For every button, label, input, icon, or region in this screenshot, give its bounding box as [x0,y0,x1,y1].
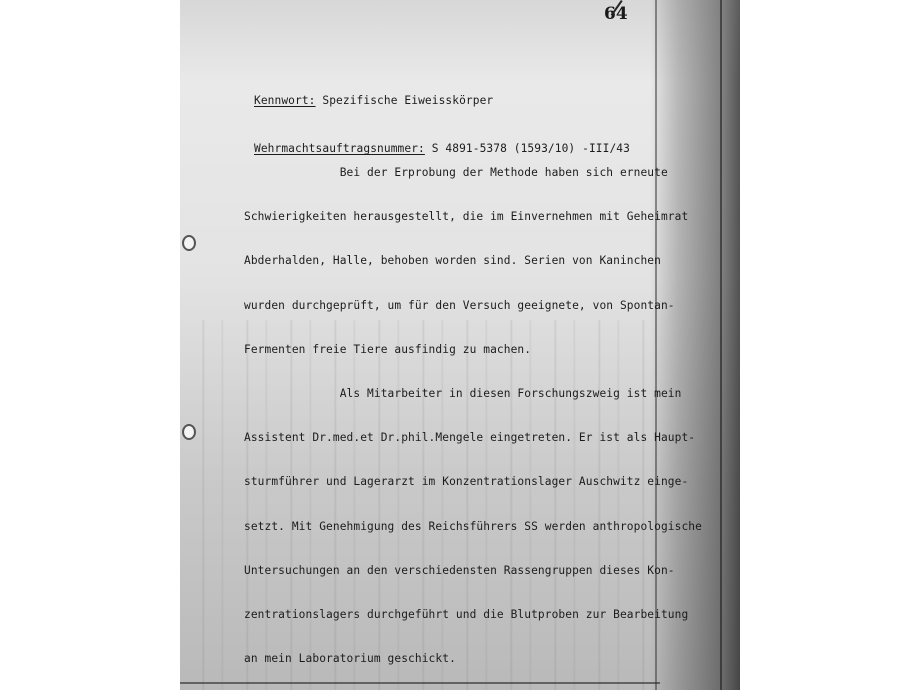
body-line: Abderhalden, Halle, behoben worden sind.… [244,252,702,270]
body-line: wurden durchgeprüft, um für den Versuch … [244,297,702,315]
keyword-label: Kennwort: [254,94,316,107]
keyword-value: Spezifische Eiweisskörper [316,94,494,107]
body-line: Untersuchungen an den verschiedensten Ra… [244,562,702,580]
body-line: setzt. Mit Genehmigung des Reichsführers… [244,518,702,536]
body-line: Als Mitarbeiter in diesen Forschungszwei… [244,385,702,403]
punch-hole-icon [182,235,196,251]
body-line: an mein Laboratorium geschickt. [244,650,702,668]
body-line: Bei der Erprobung der Methode haben sich… [244,164,702,182]
body-line: sturmführer und Lagerarzt im Konzentrati… [244,473,702,491]
punch-hole-icon [182,424,196,440]
body-line: Assistent Dr.med.et Dr.phil.Mengele eing… [244,429,702,447]
scanned-document-page: 64 Kennwort: Spezifische Eiweisskörper W… [180,0,740,690]
body-line: zentrationslagers durchgeführt und die B… [244,606,702,624]
scan-page-edge [720,0,722,690]
document-body: Bei der Erprobung der Methode haben sich… [244,138,702,690]
body-line: Schwierigkeiten herausgestellt, die im E… [244,208,702,226]
keyword-line: Kennwort: Spezifische Eiweisskörper [254,90,630,112]
body-line: Fermenten freie Tiere ausfindig zu mache… [244,341,702,359]
